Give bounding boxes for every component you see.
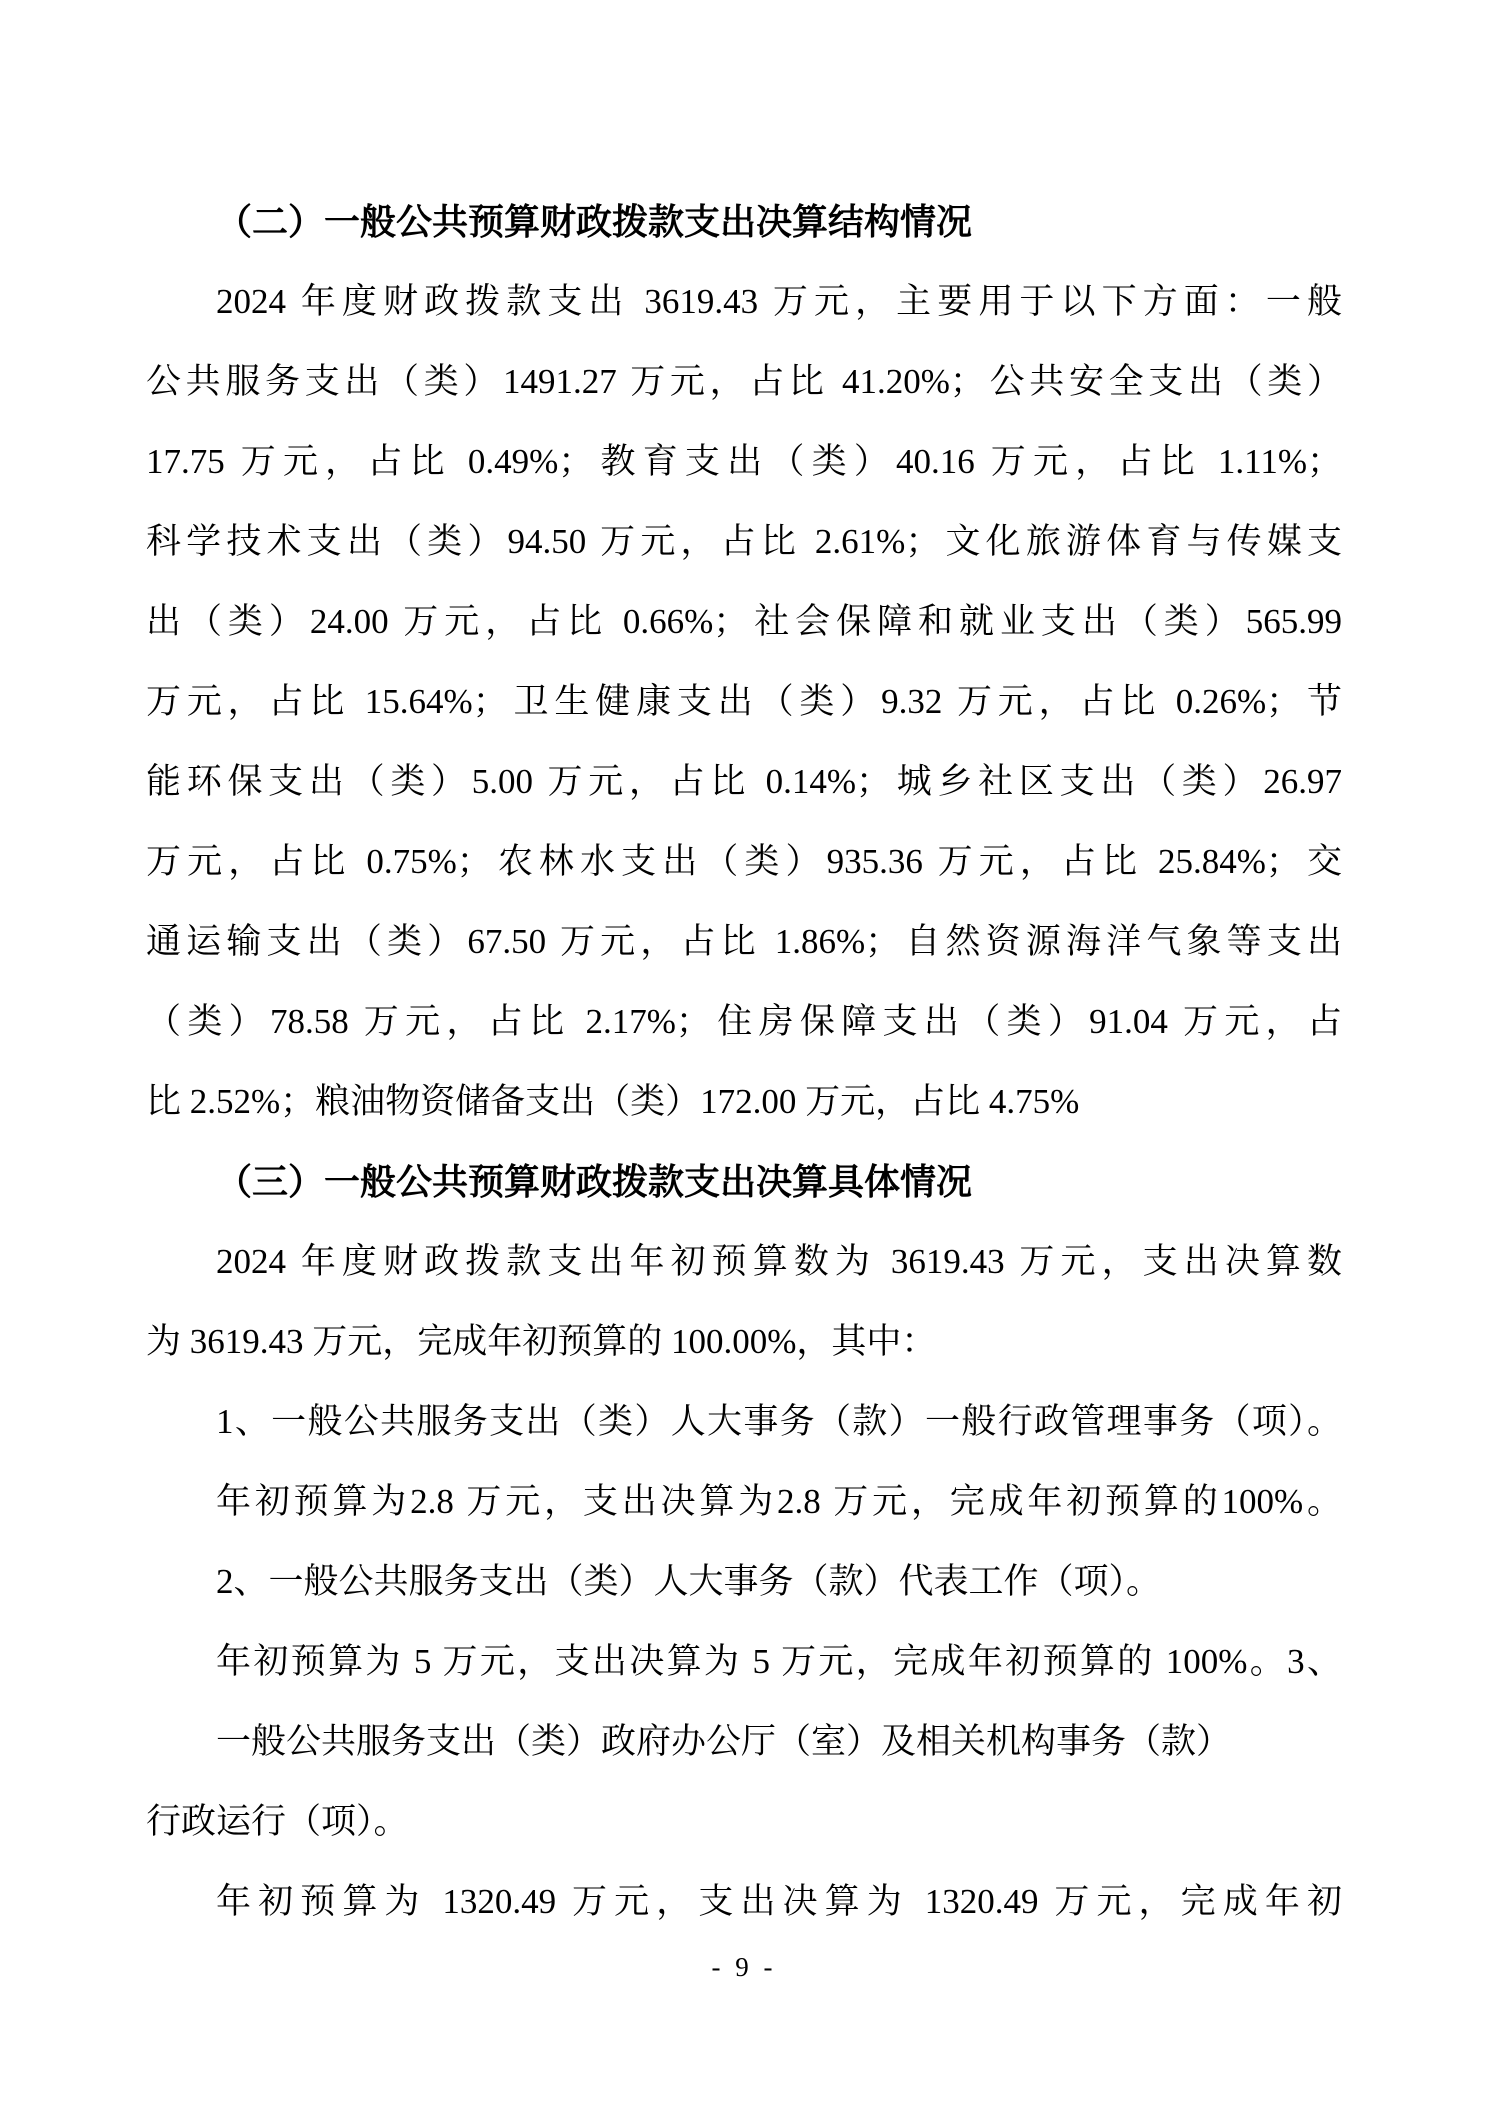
text-line: 行政运行（项）。 (146, 1782, 1342, 1862)
text-line: 1、一般公共服务支出（类）人大事务（款）一般行政管理事务（项）。 (146, 1382, 1342, 1462)
text-line: 2、一般公共服务支出（类）人大事务（款）代表工作（项）。 (146, 1542, 1342, 1622)
page-number: - 9 - (146, 1950, 1342, 1984)
text-line: 2024 年度财政拨款支出 3619.43 万元，主要用于以下方面：一般 (146, 262, 1342, 342)
text-line: 17.75 万元，占比 0.49%；教育支出（类）40.16 万元，占比 1.1… (146, 422, 1342, 502)
text-line: 能环保支出（类）5.00 万元，占比 0.14%；城乡社区支出（类）26.97 (146, 742, 1342, 822)
text-line: 为 3619.43 万元，完成年初预算的 100.00%，其中： (146, 1302, 1342, 1382)
text-line: （类）78.58 万元，占比 2.17%；住房保障支出（类）91.04 万元，占 (146, 982, 1342, 1062)
text-line: 比 2.52%；粮油物资储备支出（类）172.00 万元，占比 4.75% (146, 1062, 1342, 1142)
text-line: 一般公共服务支出（类）政府办公厅（室）及相关机构事务（款） (146, 1702, 1342, 1782)
document-page: （二）一般公共预算财政拨款支出决算结构情况2024 年度财政拨款支出 3619.… (0, 0, 1488, 2105)
text-line: 万元，占比 0.75%；农林水支出（类）935.36 万元，占比 25.84%；… (146, 822, 1342, 902)
text-line: 年初预算为 5 万元，支出决算为 5 万元，完成年初预算的 100%。3、 (146, 1622, 1342, 1702)
text-line: 年初预算为2.8 万元，支出决算为2.8 万元，完成年初预算的100%。 (146, 1462, 1342, 1542)
text-line: 2024 年度财政拨款支出年初预算数为 3619.43 万元，支出决算数 (146, 1222, 1342, 1302)
text-line: 年初预算为 1320.49 万元，支出决算为 1320.49 万元，完成年初 (146, 1862, 1342, 1942)
text-line: 通运输支出（类）67.50 万元，占比 1.86%；自然资源海洋气象等支出 (146, 902, 1342, 982)
text-line: 万元，占比 15.64%；卫生健康支出（类）9.32 万元，占比 0.26%；节 (146, 662, 1342, 742)
section-heading: （二）一般公共预算财政拨款支出决算结构情况 (146, 182, 1342, 262)
text-line: 公共服务支出（类）1491.27 万元，占比 41.20%；公共安全支出（类） (146, 342, 1342, 422)
text-lines: （二）一般公共预算财政拨款支出决算结构情况2024 年度财政拨款支出 3619.… (146, 182, 1342, 1942)
text-line: 科学技术支出（类）94.50 万元，占比 2.61%；文化旅游体育与传媒支 (146, 502, 1342, 582)
text-line: 出（类）24.00 万元，占比 0.66%；社会保障和就业支出（类）565.99 (146, 582, 1342, 662)
page-body: （二）一般公共预算财政拨款支出决算结构情况2024 年度财政拨款支出 3619.… (0, 0, 1488, 1984)
section-heading: （三）一般公共预算财政拨款支出决算具体情况 (146, 1142, 1342, 1222)
